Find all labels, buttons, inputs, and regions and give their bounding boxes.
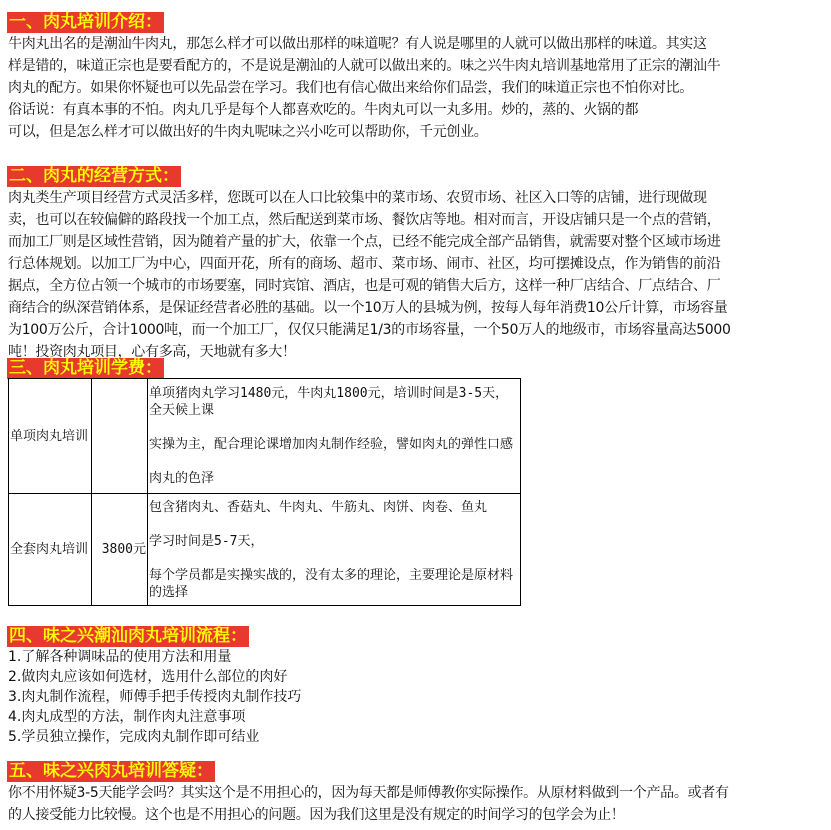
detail-line: 包含猪肉丸、香菇丸、牛肉丸、牛筋丸、肉饼、肉卷、鱼丸 bbox=[149, 499, 519, 516]
text-line: 行总体规划。以加工厂为中心，四面开花，所有的商场、超市、菜市场、闹市、社区，均可… bbox=[8, 253, 828, 275]
text-line: 肉丸类生产项目经营方式灵活多样，您既可以在人口比较集中的菜市场、农贸市场、社区入… bbox=[8, 187, 828, 209]
text-line: 牛肉丸出名的是潮汕牛肉丸，那怎么样才可以做出那样的味道呢？有人说是哪里的人就可以… bbox=[8, 33, 828, 55]
course-name-cell: 全套肉丸培训 bbox=[9, 494, 92, 606]
section-2-heading: 二、肉丸的经营方式： bbox=[7, 166, 181, 187]
detail-line: 肉丸的色泽 bbox=[149, 470, 519, 487]
text-line: 据点，全方位占领一个城市的市场要塞，同时宾馆、酒店，也是可观的销售大后方，这样一… bbox=[8, 275, 828, 297]
list-item: 2.做肉丸应该如何选材，选用什么部位的肉好 bbox=[8, 667, 301, 687]
section-3-heading: 三、肉丸培训学费： bbox=[7, 358, 164, 379]
text-line: 而加工厂则是区域性营销，因为随着产量的扩大，依靠一个点，已经不能完成全部产品销售… bbox=[8, 231, 828, 253]
course-details-cell: 单项猪肉丸学习1480元，牛肉丸1800元，培训时间是3-5天，全天候上课 实操… bbox=[148, 379, 521, 494]
detail-line: 学习时间是5-7天， bbox=[149, 533, 519, 550]
detail-line: 实操为主，配合理论课增加肉丸制作经验，譬如肉丸的弹性口感 bbox=[149, 436, 519, 453]
text-line: 商结合的纵深营销体系，是保证经营者必胜的基础。以一个10万人的县城为例，按每人每… bbox=[8, 297, 828, 319]
text-line: 的人接受能力比较慢。这个也是不用担心的问题。因为我们这里是没有规定的时间学习的包… bbox=[8, 804, 828, 826]
table-row: 单项肉丸培训 单项猪肉丸学习1480元，牛肉丸1800元，培训时间是3-5天，全… bbox=[9, 379, 521, 494]
course-name-cell: 单项肉丸培训 bbox=[9, 379, 92, 494]
text-line: 可以，但是怎么样才可以做出好的牛肉丸呢味之兴小吃可以帮助你，千元创业。 bbox=[8, 121, 828, 143]
list-item: 4.肉丸成型的方法，制作肉丸注意事项 bbox=[8, 707, 301, 727]
section-5-heading: 五、味之兴肉丸培训答疑： bbox=[7, 761, 215, 782]
list-item: 1.了解各种调味品的使用方法和用量 bbox=[8, 647, 301, 667]
course-price-cell: 3800元 bbox=[92, 494, 148, 606]
fee-table: 单项肉丸培训 单项猪肉丸学习1480元，牛肉丸1800元，培训时间是3-5天，全… bbox=[8, 378, 521, 606]
text-line: 肉丸的配方。如果你怀疑也可以先品尝在学习。我们也有信心做出来给你们品尝，我们的味… bbox=[8, 77, 828, 99]
text-line: 样是错的，味道正宗也是要看配方的，不是说是潮汕的人就可以做出来的。味之兴牛肉丸培… bbox=[8, 55, 828, 77]
text-line: 你不用怀疑3-5天能学会吗？其实这个是不用担心的，因为每天都是师傅教你实际操作。… bbox=[8, 782, 828, 804]
course-details-cell: 包含猪肉丸、香菇丸、牛肉丸、牛筋丸、肉饼、肉卷、鱼丸 学习时间是5-7天， 每个… bbox=[148, 494, 521, 606]
process-steps-list: 1.了解各种调味品的使用方法和用量 2.做肉丸应该如何选材，选用什么部位的肉好 … bbox=[8, 647, 301, 747]
section-1-heading: 一、肉丸培训介绍： bbox=[7, 12, 164, 33]
detail-line: 每个学员都是实操实战的，没有太多的理论，主要理论是原材料的选择 bbox=[149, 567, 519, 601]
text-line: 卖，也可以在较偏僻的路段找一个加工点，然后配送到菜市场、餐饮店等地。相对而言，开… bbox=[8, 209, 828, 231]
section-2-body: 肉丸类生产项目经营方式灵活多样，您既可以在人口比较集中的菜市场、农贸市场、社区入… bbox=[8, 187, 828, 363]
text-line: 为100万公斤，合计1000吨，而一个加工厂，仅仅只能满足1/3的市场容量，一个… bbox=[8, 319, 828, 341]
section-4-heading: 四、味之兴潮汕肉丸培训流程： bbox=[7, 626, 249, 647]
table-row: 全套肉丸培训 3800元 包含猪肉丸、香菇丸、牛肉丸、牛筋丸、肉饼、肉卷、鱼丸 … bbox=[9, 494, 521, 606]
course-price-cell bbox=[92, 379, 148, 494]
section-1-body: 牛肉丸出名的是潮汕牛肉丸，那怎么样才可以做出那样的味道呢？有人说是哪里的人就可以… bbox=[8, 33, 828, 143]
list-item: 3.肉丸制作流程，师傅手把手传授肉丸制作技巧 bbox=[8, 687, 301, 707]
detail-line: 单项猪肉丸学习1480元，牛肉丸1800元，培训时间是3-5天，全天候上课 bbox=[149, 385, 519, 419]
text-line: 俗话说：有真本事的不怕。肉丸几乎是每个人都喜欢吃的。牛肉丸可以一丸多用。炒的，蒸… bbox=[8, 99, 828, 121]
section-5-body: 你不用怀疑3-5天能学会吗？其实这个是不用担心的，因为每天都是师傅教你实际操作。… bbox=[8, 782, 828, 826]
list-item: 5.学员独立操作，完成肉丸制作即可结业 bbox=[8, 727, 301, 747]
